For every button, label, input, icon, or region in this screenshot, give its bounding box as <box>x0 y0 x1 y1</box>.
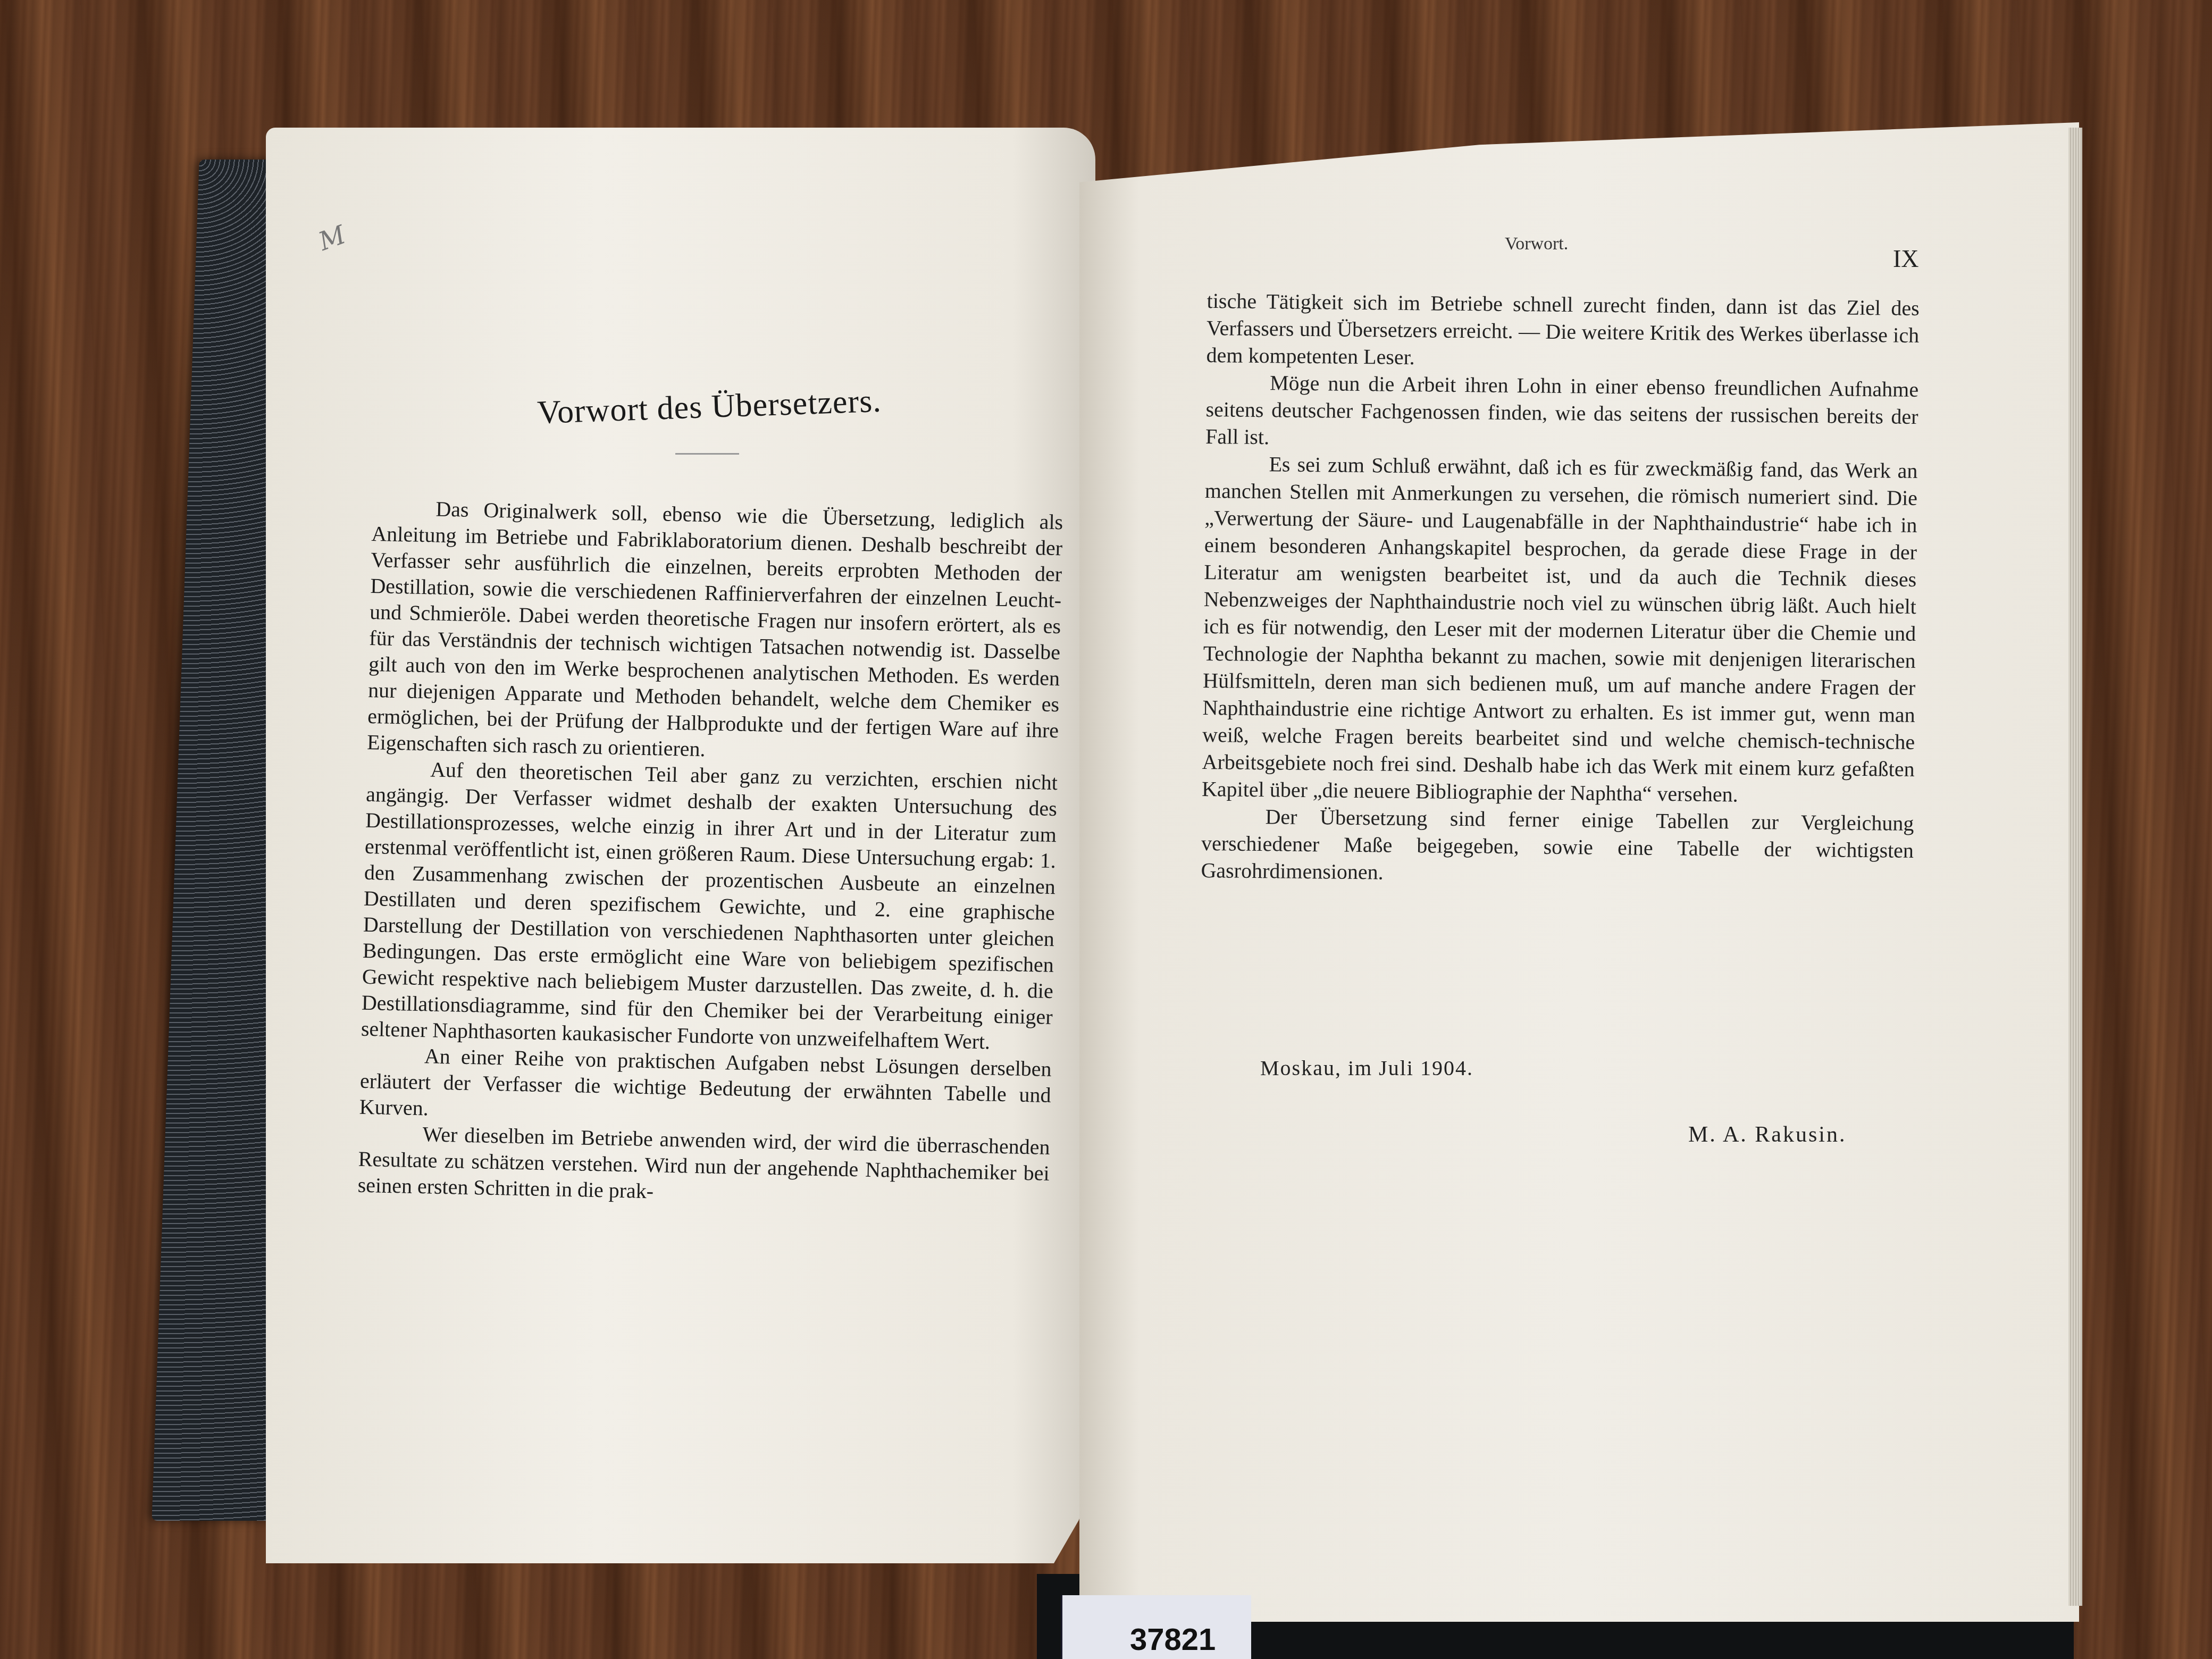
paragraph: Wer dieselben im Betriebe anwenden wird,… <box>357 1120 1050 1212</box>
paragraph: tische Tätigkeit sich im Betriebe schnel… <box>1206 287 1920 376</box>
page-number: IX <box>1893 245 1919 273</box>
paragraph: Der Übersetzung sind ferner einige Tabel… <box>1201 802 1914 891</box>
paragraph: Möge nun die Arbeit ihren Lohn in einer … <box>1205 368 1919 457</box>
page-edges <box>2068 128 2082 1606</box>
left-page-body: Das Originalwerk soll, ebenso wie die Üb… <box>357 495 1063 1212</box>
right-page-body: tische Tätigkeit sich im Betriebe schnel… <box>1201 287 1920 891</box>
paragraph: An einer Reihe von praktischen Aufgaben … <box>359 1042 1052 1134</box>
paragraph: Das Originalwerk soll, ebenso wie die Üb… <box>367 495 1063 769</box>
paragraph: Es sei zum Schluß erwähnt, daß ich es fü… <box>1202 450 1918 810</box>
inventory-number: 37821 <box>1130 1622 1216 1657</box>
paragraph: Auf den theoretischen Teil aber ganz zu … <box>361 755 1058 1056</box>
running-head: Vorwort. <box>1505 234 1568 254</box>
signature: M. A. Rakusin. <box>1688 1122 1847 1147</box>
place-date: Moskau, im Juli 1904. <box>1260 1055 1473 1080</box>
title-divider <box>675 453 739 455</box>
